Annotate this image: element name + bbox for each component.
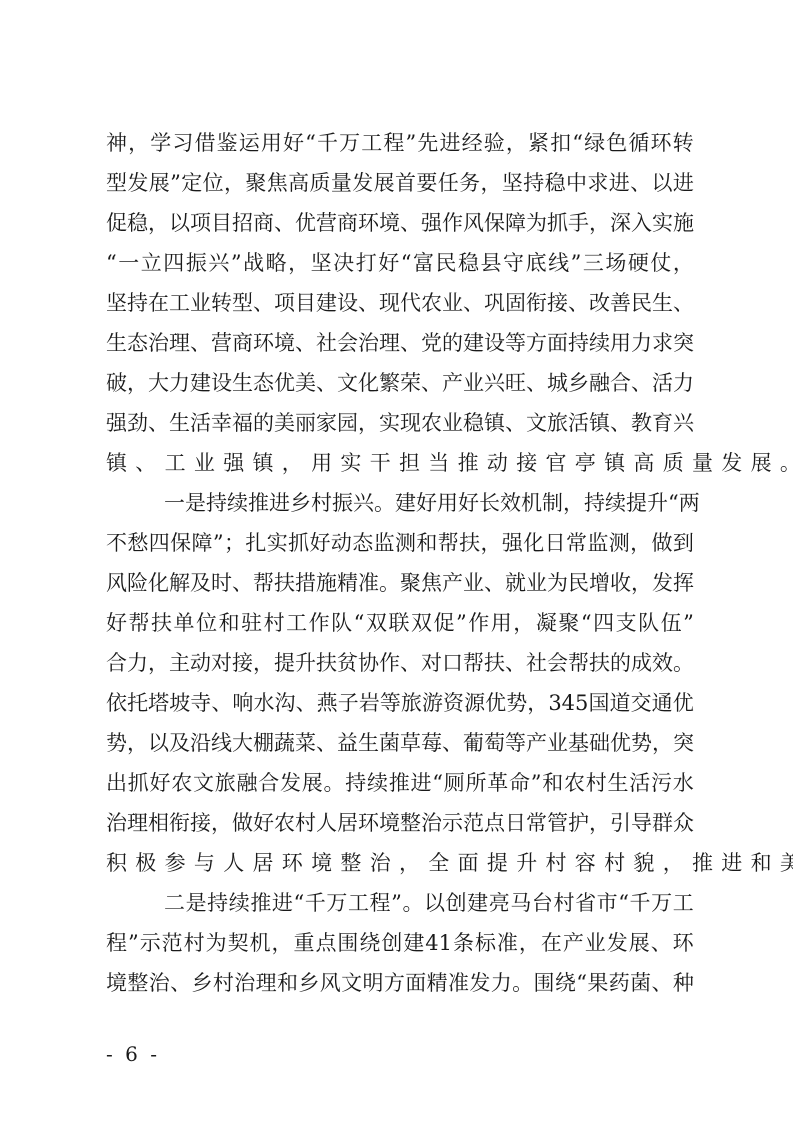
page-number: - 6 -	[106, 1040, 160, 1068]
paragraph-first-line: 二是持续推进“千万工程”。以创建亮马台村省市“千万工	[106, 883, 694, 923]
text-line: 强劲、生活幸福的美丽家园，实现农业稳镇、文旅活镇、教育兴	[106, 403, 694, 443]
text-line: 合力，主动对接，提升扶贫协作、对口帮扶、社会帮扶的成效。	[106, 643, 694, 683]
paragraph-first-line: 一是持续推进乡村振兴。建好用好长效机制，持续提升“两	[106, 483, 694, 523]
text-line: 促稳，以项目招商、优营商环境、强作风保障为抓手，深入实施	[106, 203, 694, 243]
text-line: 依托塔坡寺、响水沟、燕子岩等旅游资源优势，345国道交通优	[106, 683, 694, 723]
text-line: 神，学习借鉴运用好“千万工程”先进经验，紧扣“绿色循环转	[106, 123, 694, 163]
text-line: 境整治、乡村治理和乡风文明方面精准发力。围绕“果药菌、种	[106, 963, 694, 1003]
text-line: 坚持在工业转型、项目建设、现代农业、巩固衔接、改善民生、	[106, 283, 694, 323]
text-line: 程”示范村为契机，重点围绕创建41条标准，在产业发展、环	[106, 923, 694, 963]
document-page: 神，学习借鉴运用好“千万工程”先进经验，紧扣“绿色循环转 型发展”定位，聚焦高质…	[0, 0, 793, 1122]
text-line: 好帮扶单位和驻村工作队“双联双促”作用，凝聚“四支队伍”	[106, 603, 694, 643]
text-line-paragraph-end: 镇、工业强镇，用实干担当推动接官亭镇高质量发展。	[106, 443, 694, 483]
text-line: 不愁四保障”；扎实抓好动态监测和帮扶，强化日常监测，做到	[106, 523, 694, 563]
text-line: “一立四振兴”战略，坚决打好“富民稳县守底线”三场硬仗，	[106, 243, 694, 283]
text-line: 风险化解及时、帮扶措施精准。聚焦产业、就业为民增收，发挥	[106, 563, 694, 603]
text-line: 治理相衔接，做好农村人居环境整治示范点日常管护，引导群众	[106, 803, 694, 843]
body-text: 神，学习借鉴运用好“千万工程”先进经验，紧扣“绿色循环转 型发展”定位，聚焦高质…	[106, 123, 696, 1003]
text-line: 型发展”定位，聚焦高质量发展首要任务，坚持稳中求进、以进	[106, 163, 694, 203]
text-line: 生态治理、营商环境、社会治理、党的建设等方面持续用力求突	[106, 323, 694, 363]
text-line: 破，大力建设生态优美、文化繁荣、产业兴旺、城乡融合、活力	[106, 363, 694, 403]
text-line: 出抓好农文旅融合发展。持续推进“厕所革命”和农村生活污水	[106, 763, 694, 803]
text-line-paragraph-end: 积极参与人居环境整治，全面提升村容村貌，推进和美乡村建设。	[106, 843, 694, 883]
text-line: 势，以及沿线大棚蔬菜、益生菌草莓、葡萄等产业基础优势，突	[106, 723, 694, 763]
